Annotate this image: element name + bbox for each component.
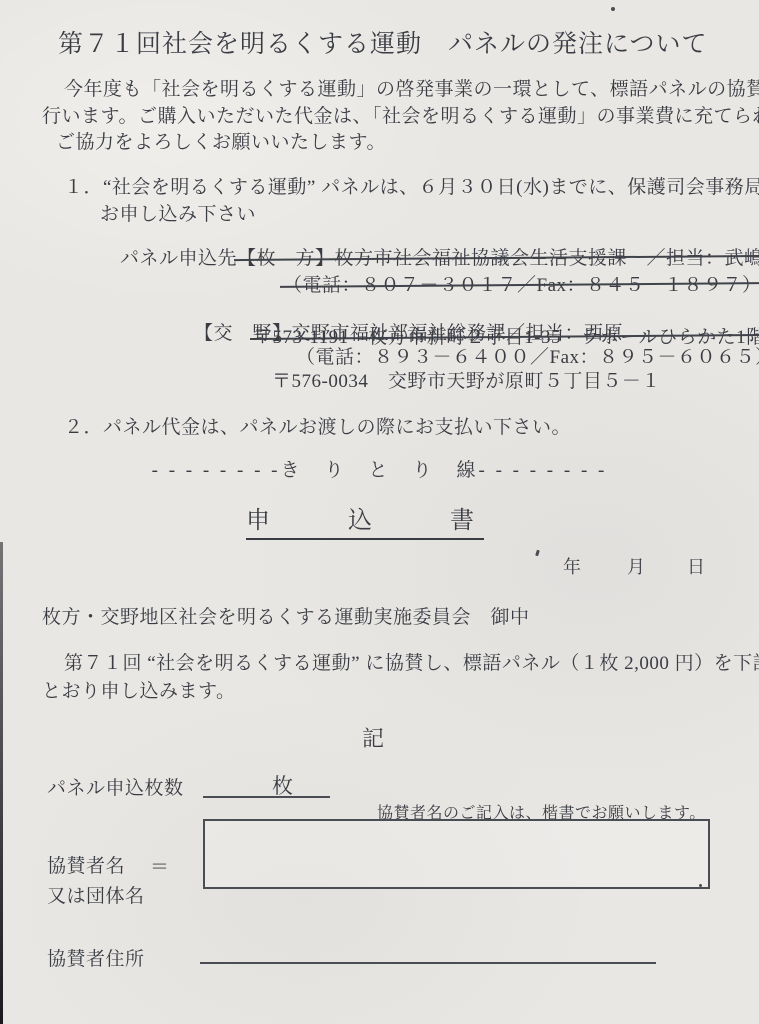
- apply-katano-phone: （電話：８９３－６４００／Fax：８９５－６０６５）: [296, 342, 759, 369]
- apply-hirakata-line-1: パネル申込先【枚 方】枚方市社会福祉協議会生活支援課 ／担当：武嶋: [120, 243, 759, 270]
- statement-line-2: とおり申し込みます。: [42, 676, 235, 703]
- date-day-label: 日: [687, 553, 705, 579]
- scan-speck: [611, 7, 615, 11]
- sponsor-address-label: 協賛者住所: [47, 944, 145, 971]
- sponsor-name-input-box[interactable]: [203, 819, 710, 889]
- application-form-title: 申 込 書: [246, 500, 484, 540]
- statement-line-1: 第７１回 “社会を明るくする運動” に協賛し、標語パネル（１枚 2,000 円）…: [64, 648, 759, 675]
- equals-mark: ＝: [150, 852, 170, 879]
- cut-here-line: - - - - - - - -き り と り 線- - - - - - - -: [152, 455, 608, 482]
- apply-label: パネル申込先: [120, 248, 237, 269]
- or-group-name-label: 又は団体名: [47, 881, 145, 908]
- panel-count-input-line[interactable]: [203, 770, 330, 798]
- addressee-line: 枚方・交野地区社会を明るくする運動実施委員会 御中: [42, 602, 530, 629]
- scan-edge-shadow: [0, 542, 3, 1024]
- apply-hirakata-phone-struck: （電話：８０７－３０１７／Fax：８４５－１８９７）: [283, 270, 759, 297]
- apply-katano-name: 【交 野】交野市福祉部福祉総務課／担当：西原: [194, 318, 623, 345]
- sponsor-name-label: 協賛者名: [47, 851, 125, 878]
- panel-count-unit: 枚: [272, 770, 294, 800]
- panel-count-label: パネル申込枚数: [47, 773, 184, 800]
- apply-hirakata-name-struck: 【枚 方】枚方市社会福祉協議会生活支援課 ／担当：武嶋: [237, 243, 759, 270]
- intro-line-1: 今年度も「社会を明るくする運動」の啓発事業の一環として、標語パネルの協賛活動を: [64, 74, 759, 101]
- scanned-document-page: 第７１回社会を明るくする運動 パネルの発注について 今年度も「社会を明るくする運…: [0, 0, 759, 1024]
- date-year-label: 年: [563, 553, 581, 579]
- item1-line-2: お申し込み下さい: [100, 199, 256, 226]
- document-title: 第７１回社会を明るくする運動 パネルの発注について: [58, 24, 708, 60]
- intro-line-2: 行います。ご購入いただいた代金は、「社会を明るくする運動」の事業費に充てられます…: [42, 101, 759, 128]
- sponsor-address-input-line[interactable]: [200, 938, 656, 964]
- item2-line: ２．パネル代金は、パネルお渡しの際にお支払い下さい。: [64, 412, 571, 439]
- scan-speck: [535, 550, 540, 557]
- intro-line-3: ご協力をよろしくお願いいたします。: [56, 127, 386, 154]
- item1-line-1: １．“社会を明るくする運動” パネルは、６月３０日(水)までに、保護司会事務局ま…: [64, 172, 759, 199]
- scan-speck: [699, 884, 702, 887]
- apply-katano-address: 〒576-0034 交野市天野が原町５丁目５－１: [272, 366, 661, 393]
- date-month-label: 月: [627, 553, 645, 579]
- ki-heading: 記: [362, 722, 385, 753]
